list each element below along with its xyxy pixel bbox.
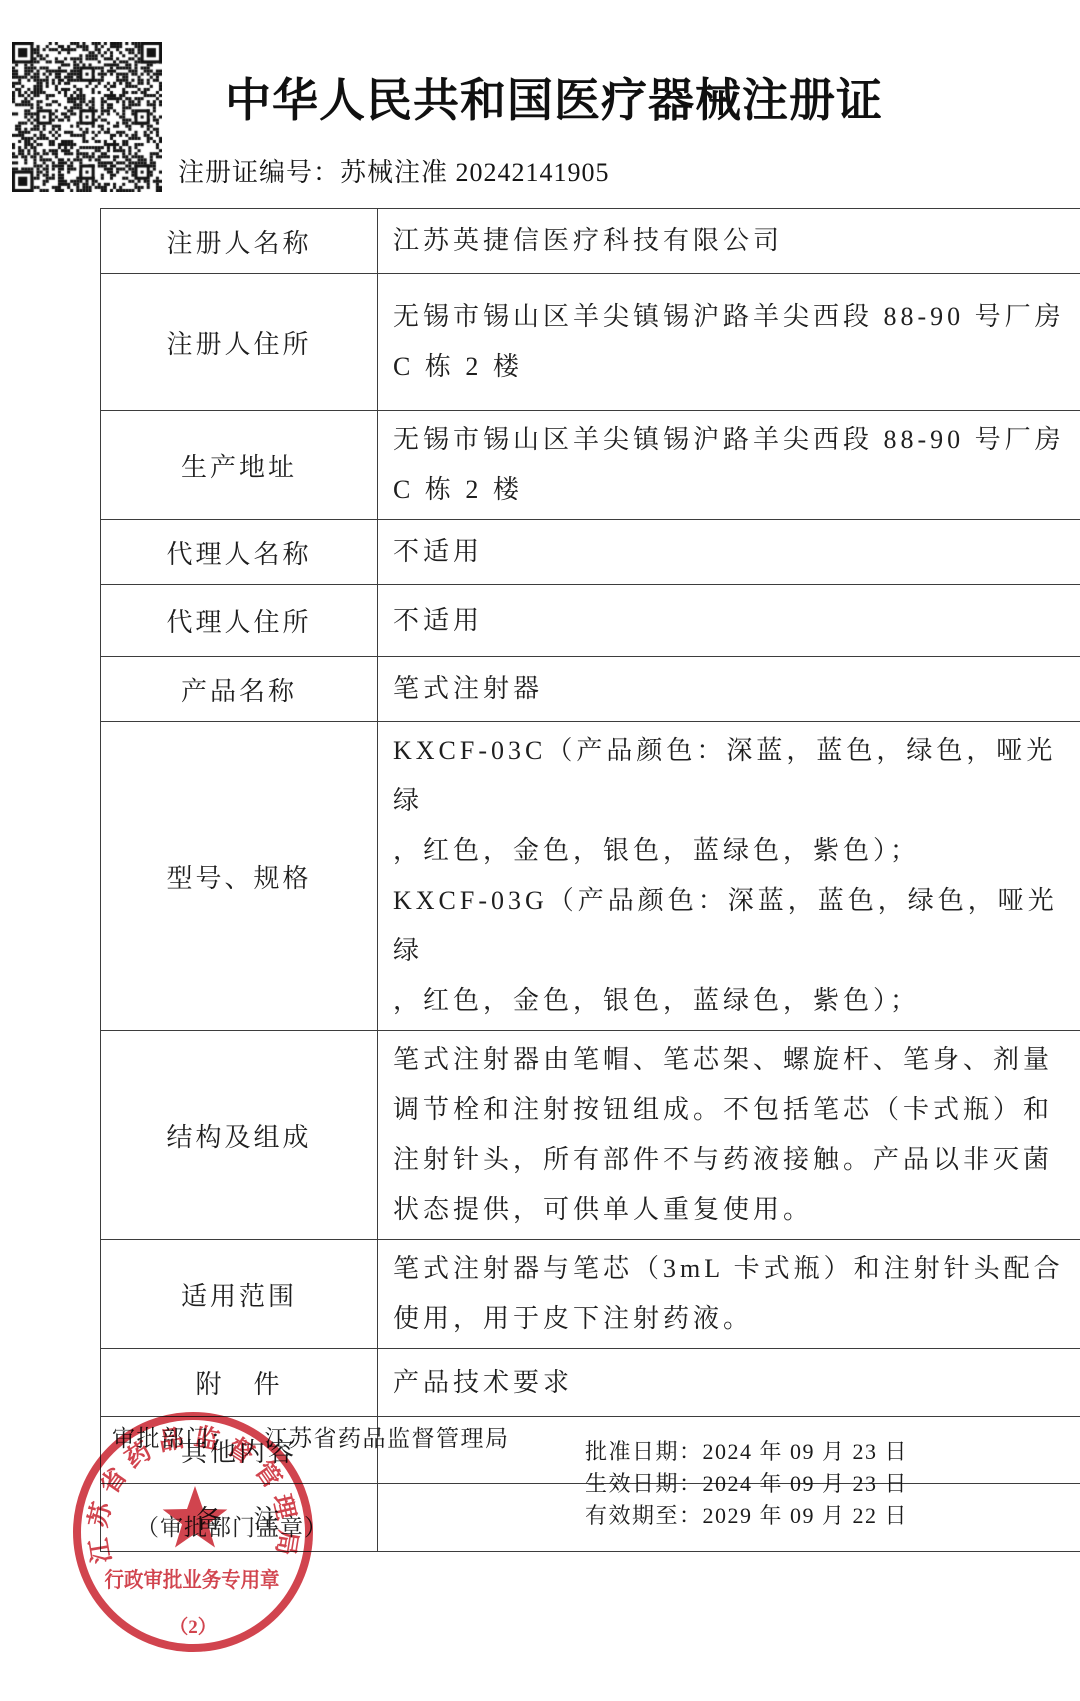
- page-title: 中华人民共和国医疗器械注册证: [0, 64, 1080, 130]
- table-row: 结构及组成笔式注射器由笔帽、笔芯架、螺旋杆、笔身、剂量 调节栓和注射按钮组成。不…: [101, 1031, 1080, 1240]
- registration-number-label: 注册证编号：: [178, 158, 340, 187]
- row-value: 产品技术要求: [378, 1349, 1080, 1417]
- row-value: KXCF-03C（产品颜色：深蓝，蓝色，绿色，哑光绿 ，红色，金色，银色，蓝绿色…: [378, 722, 1080, 1031]
- dates-block: 批准日期：2024 年 09 月 23 日 生效日期：2024 年 09 月 2…: [585, 1436, 908, 1532]
- table-row: 适用范围笔式注射器与笔芯（3mL 卡式瓶）和注射针头配合 使用，用于皮下注射药液…: [101, 1240, 1080, 1349]
- row-value: 不适用: [378, 520, 1080, 585]
- row-value: 笔式注射器由笔帽、笔芯架、螺旋杆、笔身、剂量 调节栓和注射按钮组成。不包括笔芯（…: [378, 1031, 1080, 1240]
- row-value: 不适用: [378, 585, 1080, 657]
- row-label: 注册人名称: [101, 209, 378, 274]
- row-value: 无锡市锡山区羊尖镇锡沪路羊尖西段 88-90 号厂房 C 栋 2 楼: [378, 411, 1080, 520]
- registration-number-line: 注册证编号：苏械注准 20242141905: [178, 152, 610, 189]
- official-seal: 江苏省药品监督管理局 行政审批业务专用章 （2）: [58, 1397, 328, 1667]
- registration-number-value: 苏械注准 20242141905: [340, 158, 610, 187]
- effective-date-label: 生效日期：: [585, 1471, 703, 1496]
- row-value: 笔式注射器与笔芯（3mL 卡式瓶）和注射针头配合 使用，用于皮下注射药液。: [378, 1240, 1080, 1349]
- table-row: 注册人住所无锡市锡山区羊尖镇锡沪路羊尖西段 88-90 号厂房 C 栋 2 楼: [101, 274, 1080, 411]
- approve-date-line: 批准日期：2024 年 09 月 23 日: [585, 1436, 908, 1468]
- expiry-date-value: 2029 年 09 月 22 日: [703, 1503, 909, 1528]
- seal-star-icon: [163, 1486, 228, 1548]
- expiry-date-label: 有效期至：: [585, 1503, 703, 1528]
- row-value: 江苏英捷信医疗科技有限公司: [378, 209, 1080, 274]
- row-label: 结构及组成: [101, 1031, 378, 1240]
- certificate-page: 中华人民共和国医疗器械注册证 注册证编号：苏械注准 20242141905 注册…: [0, 0, 1080, 1701]
- seal-banner-text: 行政审批业务专用章: [105, 1568, 280, 1592]
- row-label: 产品名称: [101, 657, 378, 722]
- row-label: 生产地址: [101, 411, 378, 520]
- table-row: 代理人名称不适用: [101, 520, 1080, 585]
- effective-date-value: 2024 年 09 月 23 日: [703, 1471, 909, 1496]
- row-label: 注册人住所: [101, 274, 378, 411]
- row-label: 型号、规格: [101, 722, 378, 1031]
- table-row: 注册人名称江苏英捷信医疗科技有限公司: [101, 209, 1080, 274]
- row-label: 代理人名称: [101, 520, 378, 585]
- row-label: 代理人住所: [101, 585, 378, 657]
- table-row: 产品名称笔式注射器: [101, 657, 1080, 722]
- effective-date-line: 生效日期：2024 年 09 月 23 日: [585, 1468, 908, 1500]
- row-value: 无锡市锡山区羊尖镇锡沪路羊尖西段 88-90 号厂房 C 栋 2 楼: [378, 274, 1080, 411]
- table-row: 代理人住所不适用: [101, 585, 1080, 657]
- row-value: 笔式注射器: [378, 657, 1080, 722]
- approve-date-label: 批准日期：: [585, 1439, 703, 1464]
- registration-table: 注册人名称江苏英捷信医疗科技有限公司 注册人住所无锡市锡山区羊尖镇锡沪路羊尖西段…: [100, 208, 1080, 1552]
- approve-date-value: 2024 年 09 月 23 日: [703, 1439, 909, 1464]
- table-row: 生产地址无锡市锡山区羊尖镇锡沪路羊尖西段 88-90 号厂房 C 栋 2 楼: [101, 411, 1080, 520]
- row-label: 适用范围: [101, 1240, 378, 1349]
- seal-number: （2）: [169, 1615, 217, 1638]
- table-row: 型号、规格KXCF-03C（产品颜色：深蓝，蓝色，绿色，哑光绿 ，红色，金色，银…: [101, 722, 1080, 1031]
- expiry-date-line: 有效期至：2029 年 09 月 22 日: [585, 1500, 908, 1532]
